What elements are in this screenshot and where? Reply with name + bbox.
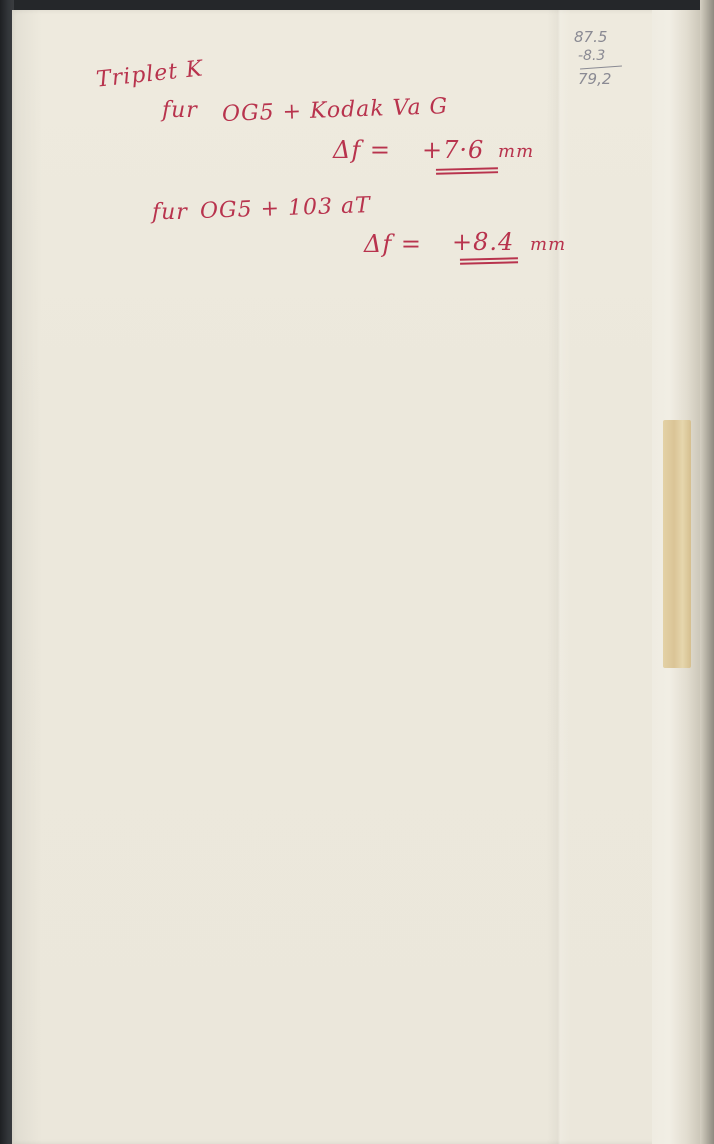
pencil-result: 79,2 (578, 70, 611, 88)
pencil-subtrahend: -8.3 (578, 48, 605, 64)
entry2-delta-value: +8.4 (452, 228, 514, 256)
page-crease (547, 10, 571, 1144)
entry1-delta-label: Δf = (333, 136, 391, 164)
entry1-delta-unit: mm (498, 141, 534, 162)
entry2-prefix: fur (152, 200, 188, 225)
entry1-prefix: fur (162, 98, 198, 123)
entry2-delta-label: Δf = (364, 230, 422, 258)
paper-page (12, 10, 702, 1144)
scanned-notebook-page: Triplet K fur OG5 + Kodak Va G Δf = +7·6… (0, 0, 714, 1144)
pencil-minuend: 87.5 (574, 28, 607, 46)
adhesive-tape-strip (663, 420, 691, 668)
binding-edge (700, 0, 714, 1144)
entry2-delta-unit: mm (530, 234, 566, 255)
entry1-delta-value: +7·6 (422, 136, 484, 164)
